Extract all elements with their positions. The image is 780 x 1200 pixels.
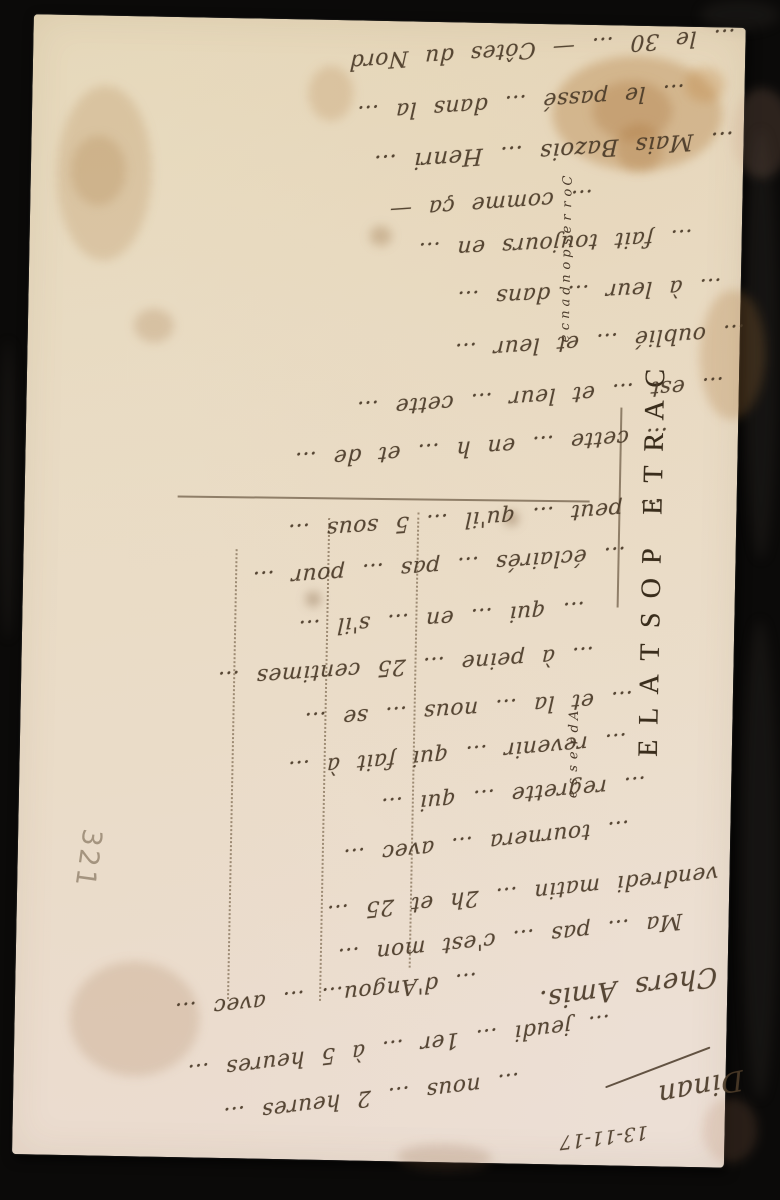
background-texture-patch: [744, 130, 778, 560]
handwriting-line: … à leur … dans …: [291, 272, 722, 319]
background-texture-patch: [0, 340, 16, 640]
scan-background: { "item": "handwritten postcard back (ve…: [0, 0, 780, 1200]
printed-divider-lines: [34, 14, 746, 28]
stain: [70, 135, 126, 206]
handwriting-line: 13-11-17: [529, 1121, 648, 1158]
handwritten-message: … le 30 … — Côtes du Nord… le passé … da…: [34, 14, 746, 28]
handwriting-line: … Mais Bazois … Henri …: [134, 125, 734, 192]
stain: [731, 88, 780, 179]
stain: [134, 308, 175, 343]
divider-line-horizontal: [178, 495, 590, 502]
stain: [684, 67, 725, 103]
handwriting-line: … à peine … 25 centimes …: [104, 641, 594, 699]
stain: [702, 1097, 758, 1163]
postcard: CARTEPOSTALE Correspondance Adresse … le…: [12, 14, 746, 1167]
background-texture-patch: [742, 620, 778, 1100]
stain: [397, 1143, 492, 1171]
foxing-stains: [34, 14, 746, 28]
handwriting-line: Dinan: [619, 1063, 745, 1120]
handwriting-line: … comme ça —: [153, 184, 593, 239]
stain: [306, 592, 321, 607]
handwriting-line: … fait toujours en …: [252, 223, 693, 270]
handwriting-line: … le passé … dans la …: [125, 78, 685, 141]
stain: [698, 289, 766, 420]
printed-letter: E: [633, 730, 666, 767]
